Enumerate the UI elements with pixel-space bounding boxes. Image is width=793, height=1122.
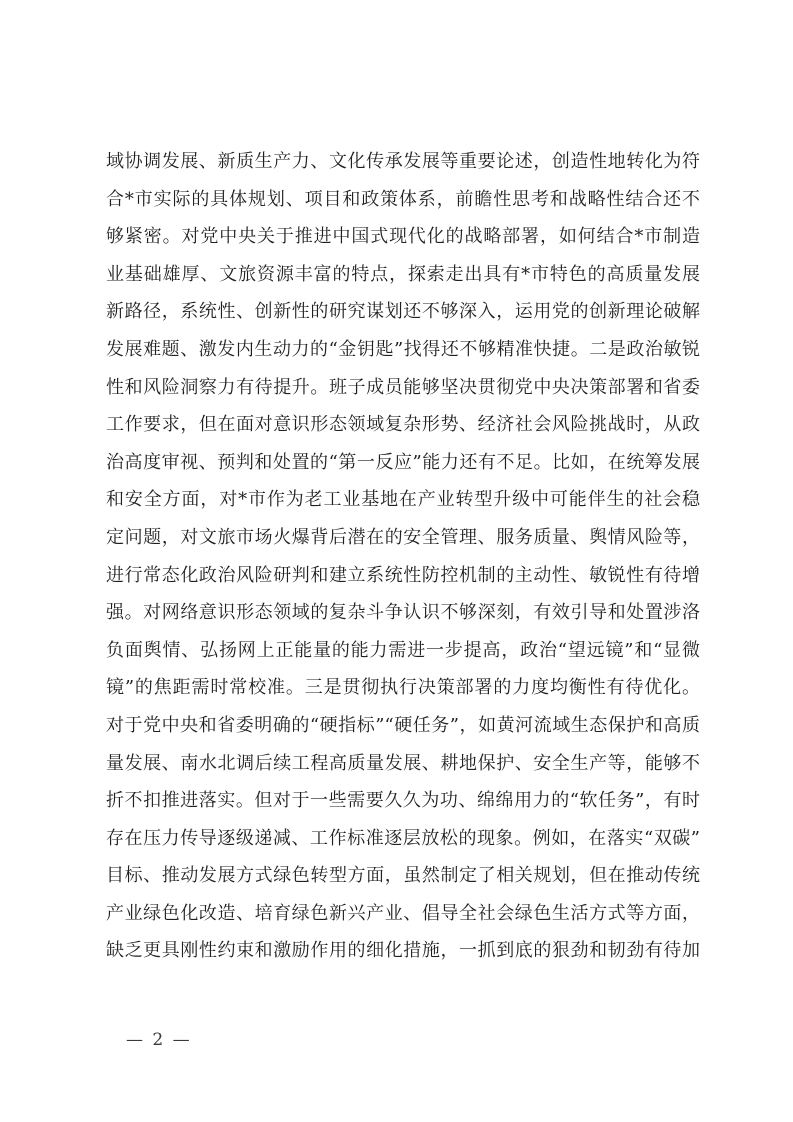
- text-line: 镜”的焦距需时常校准。三是贯彻执行决策部署的力度均衡性有待优化。: [106, 669, 700, 707]
- text-line: 存在压力传导逐级递减、工作标准逐层放松的现象。例如，在落实“双碳”: [106, 820, 700, 858]
- text-line: 治高度审视、预判和处置的“第一反应”能力还有不足。比如，在统筹发展: [106, 444, 700, 482]
- text-line: 定问题，对文旅市场火爆背后潜在的安全管理、服务质量、舆情风险等，: [106, 519, 700, 557]
- text-line: 负面舆情、弘扬网上正能量的能力需进一步提高，政治“望远镜”和“显微: [106, 632, 700, 670]
- text-line: 强。对网络意识形态领域的复杂斗争认识不够深刻，有效引导和处置涉洛: [106, 594, 700, 632]
- text-line: 工作要求，但在面对意识形态领域复杂形势、经济社会风险挑战时，从政: [106, 406, 700, 444]
- text-line: 产业绿色化改造、培育绿色新兴产业、倡导全社会绿色生活方式等方面，: [106, 895, 700, 933]
- text-line: 和安全方面，对*市作为老工业基地在产业转型升级中可能伴生的社会稳: [106, 481, 700, 519]
- text-line: 目标、推动发展方式绿色转型方面，虽然制定了相关规划，但在推动传统: [106, 857, 700, 895]
- text-line: 进行常态化政治风险研判和建立系统性防控机制的主动性、敏锐性有待增: [106, 557, 700, 595]
- text-line: 合*市实际的具体规划、项目和政策体系，前瞻性思考和战略性结合还不: [106, 181, 700, 219]
- text-line: 性和风险洞察力有待提升。班子成员能够坚决贯彻党中央决策部署和省委: [106, 369, 700, 407]
- document-body: 域协调发展、新质生产力、文化传承发展等重要论述，创造性地转化为符合*市实际的具体…: [106, 143, 700, 970]
- text-line: 缺乏更具刚性约束和激励作用的细化措施，一抓到底的狠劲和韧劲有待加: [106, 932, 700, 970]
- text-line: 发展难题、激发内生动力的“金钥匙”找得还不够精准快捷。二是政治敏锐: [106, 331, 700, 369]
- text-line: 折不扣推进落实。但对于一些需要久久为功、绵绵用力的“软任务”，有时: [106, 782, 700, 820]
- text-line: 业基础雄厚、文旅资源丰富的特点，探索走出具有*市特色的高质量发展: [106, 256, 700, 294]
- text-line: 对于党中央和省委明确的“硬指标”“硬任务”，如黄河流域生态保护和高质: [106, 707, 700, 745]
- page-number: — 2 —: [126, 1028, 192, 1052]
- text-line: 量发展、南水北调后续工程高质量发展、耕地保护、安全生产等，能够不: [106, 745, 700, 783]
- text-line: 新路径，系统性、创新性的研究谋划还不够深入，运用党的创新理论破解: [106, 293, 700, 331]
- document-page: 域协调发展、新质生产力、文化传承发展等重要论述，创造性地转化为符合*市实际的具体…: [0, 0, 793, 1122]
- text-line: 域协调发展、新质生产力、文化传承发展等重要论述，创造性地转化为符: [106, 143, 700, 181]
- text-line: 够紧密。对党中央关于推进中国式现代化的战略部署，如何结合*市制造: [106, 218, 700, 256]
